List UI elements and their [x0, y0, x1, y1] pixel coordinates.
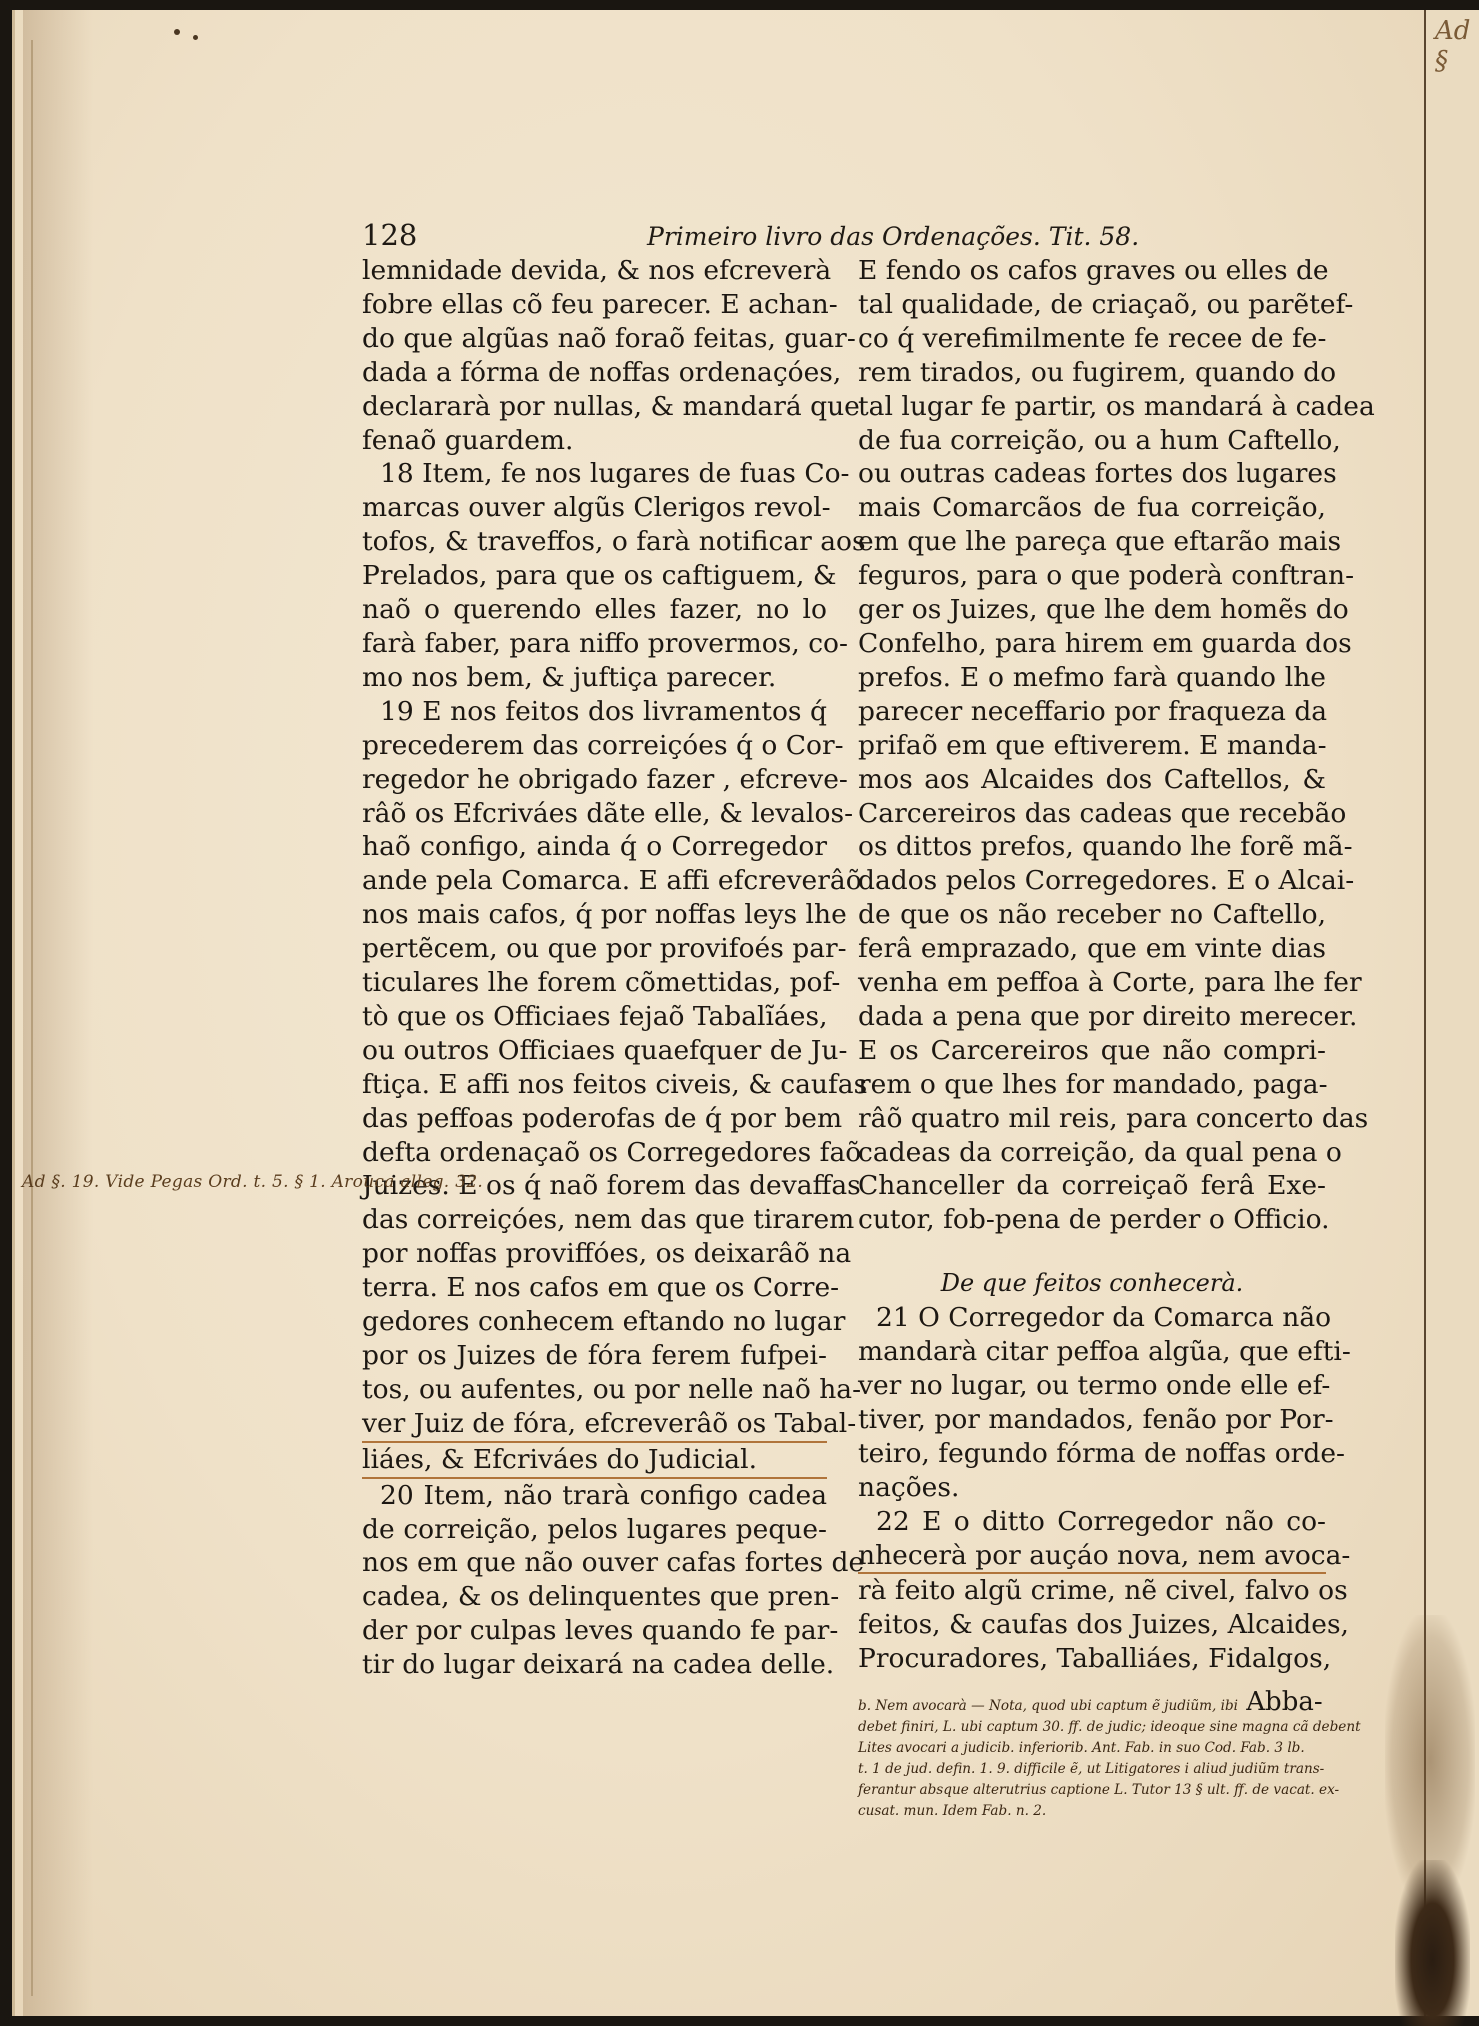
text-line: liáes, & Efcriváes do Judicial. [362, 1443, 827, 1479]
footnote-line: t. 1 de jud. defin. 1. 9. difficile ẽ, u… [858, 1759, 1338, 1780]
text-line: de correição, pelos lugares peque- [362, 1513, 827, 1547]
right-column-sections-21-22: 21 O Corregedor da Comarca nãomandarà ci… [858, 1301, 1326, 1676]
text-line: fenaõ guardem. [362, 424, 827, 458]
text-line: nos em que não ouver cafas fortes de [362, 1546, 827, 1580]
text-line: E os Carcereiros que não compri- [858, 1034, 1326, 1068]
handwritten-footnote: b. Nem avocarà — Nota, quod ubi captum ẽ… [858, 1692, 1338, 1822]
text-line: das correiçóes, nem das que tirarem [362, 1203, 827, 1237]
text-line: feitos, & caufas dos Juizes, Alcaides, [858, 1608, 1326, 1642]
running-title: Primeiro livro das Ordenações. Tit. 58. [647, 222, 1139, 251]
text-line: em que lhe pareça que eftarão mais [858, 525, 1326, 559]
running-head: 128 Primeiro livro das Ordenações. Tit. … [362, 218, 1082, 252]
text-line: ger os Juizes, que lhe dem homẽs do [858, 593, 1326, 627]
left-text-column: lemnidade devida, & nos efcreveràfobre e… [362, 254, 827, 1682]
text-line: mais Comarcãos de fua correição, [858, 491, 1326, 525]
text-line: ande pela Comarca. E affi efcreverâõ [362, 864, 827, 898]
text-line: fobre ellas cõ feu parecer. E achan- [362, 288, 827, 322]
text-line: tir do lugar deixará na cadea delle. [362, 1648, 827, 1682]
text-line: Carcereiros das cadeas que recebão [858, 797, 1326, 831]
text-line: declararà por nullas, & mandará que [362, 390, 827, 424]
text-line: tal lugar fe partir, os mandará à cadea [858, 390, 1326, 424]
text-line: tos, ou aufentes, ou por nelle naõ ha- [362, 1373, 827, 1407]
text-line: gedores conhecem eftando no lugar [362, 1305, 827, 1339]
text-line: lemnidade devida, & nos efcreverà [362, 254, 827, 288]
text-line: 19 E nos feitos dos livramentos q́ [362, 695, 827, 729]
text-line: farà faber, para niffo provermos, co- [362, 627, 827, 661]
text-line: feguros, para o que poderà conftran- [858, 559, 1326, 593]
text-line: das peffoas poderofas de q́ por bem [362, 1102, 827, 1136]
text-line: dada a fórma de noffas ordenaçóes, [362, 356, 827, 390]
section-subheading: De que feitos conhecerà. [858, 1267, 1326, 1301]
text-line: cadea, & os delinquentes que pren- [362, 1580, 827, 1614]
text-line: tofos, & traveffos, o farà notificar aos [362, 525, 827, 559]
text-line: prifaõ em que eftiverem. E manda- [858, 729, 1326, 763]
text-line: nações. [858, 1471, 1326, 1505]
ink-speck [193, 35, 198, 40]
footnote-line: debet finiri, L. ubi captum 30. ff. de j… [858, 1717, 1338, 1738]
text-line: Chanceller da correiçaõ ferâ Exe- [858, 1169, 1326, 1203]
text-line: mandarà citar peffoa algũa, que efti- [858, 1335, 1326, 1369]
text-line: por noffas proviffóes, os deixarâõ na [362, 1237, 827, 1271]
text-line: mos aos Alcaides dos Caftellos, & [858, 763, 1326, 797]
text-line: prefos. E o mefmo farà quando lhe [858, 661, 1326, 695]
text-line: os dittos prefos, quando lhe forẽ mã- [858, 830, 1326, 864]
text-line: teiro, fegundo fórma de noffas orde- [858, 1437, 1326, 1471]
text-line: Confelho, para hirem em guarda dos [858, 627, 1326, 661]
text-line: rà feito algũ crime, nẽ civel, falvo os [858, 1574, 1326, 1608]
page-edge-line [31, 40, 33, 1996]
right-text-column: E fendo os cafos graves ou elles detal q… [858, 254, 1326, 1676]
text-line: de que os não receber no Caftello, [858, 898, 1326, 932]
footnote-line: cusat. mun. Idem Fab. n. 2. [858, 1801, 1338, 1822]
text-line: ticulares lhe forem cõmettidas, pof- [362, 966, 827, 1000]
text-line: der por culpas leves quando fe par- [362, 1614, 827, 1648]
text-line: parecer neceffario por fraqueza da [858, 695, 1326, 729]
text-line: dados pelos Corregedores. E o Alcai- [858, 864, 1326, 898]
text-line: defta ordenaçaõ os Corregedores faõ [362, 1136, 827, 1170]
text-line: cutor, fob-pena de perder o Officio. [858, 1203, 1326, 1237]
text-line: cadeas da correição, da qual pena o [858, 1136, 1326, 1170]
page-number: 128 [362, 218, 417, 252]
text-line: tiver, por mandados, fenão por Por- [858, 1403, 1326, 1437]
text-line: 21 O Corregedor da Comarca não [858, 1301, 1326, 1335]
text-line: ou outras cadeas fortes dos lugares [858, 457, 1326, 491]
text-line: dada a pena que por direito merecer. [858, 1000, 1326, 1034]
text-line: râõ quatro mil reis, para concerto das [858, 1102, 1326, 1136]
footnote-line: Lites avocari a judicib. inferiorib. Ant… [858, 1738, 1338, 1759]
facing-page-handwritten-mark: Ad § [1435, 16, 1479, 76]
text-line: pertẽcem, ou que por provifoés par- [362, 932, 827, 966]
text-line: de fua correição, ou a hum Caftello, [858, 424, 1326, 458]
text-line: co q́ verefimilmente fe recee de fe- [858, 322, 1326, 356]
text-line: regedor he obrigado fazer , efcreve- [362, 763, 827, 797]
catchword: Abba- [1238, 1687, 1323, 1717]
text-line: ver no lugar, ou termo onde elle ef- [858, 1369, 1326, 1403]
text-line: mo nos bem, & juftiça parecer. [362, 661, 827, 695]
text-line: haõ configo, ainda q́ o Corregedor [362, 830, 827, 864]
text-line: terra. E nos cafos em que os Corre- [362, 1271, 827, 1305]
handwritten-margin-note: Ad §. 19. Vide Pegas Ord. t. 5. § 1. Aro… [22, 1172, 483, 1192]
damage-stain [1395, 1860, 1470, 2026]
text-line: por os Juizes de fóra ferem fufpei- [362, 1339, 827, 1373]
text-line: ferâ emprazado, que em vinte dias [858, 932, 1326, 966]
text-line: ver Juiz de fóra, efcreverâõ os Tabal- [362, 1407, 827, 1443]
text-line: Procuradores, Taballiáes, Fidalgos, [858, 1642, 1326, 1676]
text-line: 18 Item, fe nos lugares de fuas Co- [362, 457, 827, 491]
text-line: râõ os Efcriváes dãte elle, & levalos- [362, 797, 827, 831]
text-line: ftiça. E affi nos feitos civeis, & caufa… [362, 1068, 827, 1102]
text-line: tò que os Officiaes fejaõ Tabalĩáes, [362, 1000, 827, 1034]
text-line: nhecerà por auçáo nova, nem avoca- [858, 1539, 1326, 1575]
text-line: rem o que lhes for mandado, paga- [858, 1068, 1326, 1102]
text-line: ou outros Officiaes quaefquer de Ju- [362, 1034, 827, 1068]
text-line: tal qualidade, de criaçaõ, ou parẽtef- [858, 288, 1326, 322]
text-line: rem tirados, ou fugirem, quando do [858, 356, 1326, 390]
text-line: 20 Item, não trarà configo cadea [362, 1479, 827, 1513]
text-line: venha em peffoa à Corte, para lhe fer [858, 966, 1326, 1000]
text-line: naõ o querendo elles fazer, no lo [362, 593, 827, 627]
text-line: precederem das correiçóes q́ o Cor- [362, 729, 827, 763]
footnote-line: b. Nem avocarà — Nota, quod ubi captum ẽ… [858, 1692, 1338, 1717]
footnote-line: ferantur absque alterutrius captione L. … [858, 1780, 1338, 1801]
right-column-section-20-continued: E fendo os cafos graves ou elles detal q… [858, 254, 1326, 1237]
text-line: Prelados, para que os caftiguem, & [362, 559, 827, 593]
ink-speck [174, 29, 180, 35]
text-line: 22 E o ditto Corregedor não co- [858, 1505, 1326, 1539]
text-line: nos mais cafos, q́ por noffas leys lhe [362, 898, 827, 932]
text-line: do que algũas naõ foraõ feitas, guar- [362, 322, 827, 356]
text-line: marcas ouver algũs Clerigos revol- [362, 491, 827, 525]
text-line: E fendo os cafos graves ou elles de [858, 254, 1326, 288]
